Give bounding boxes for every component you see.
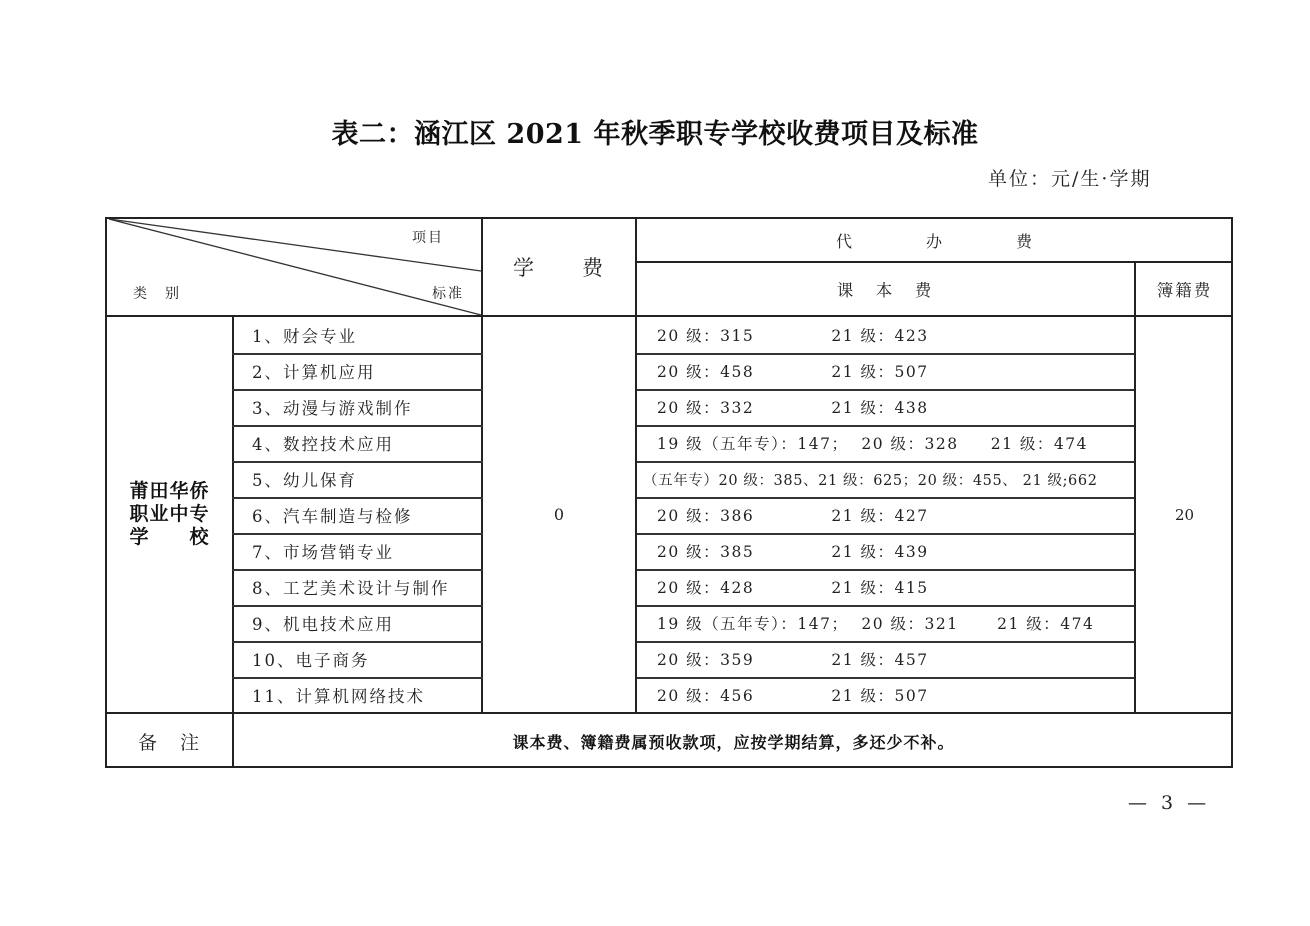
header-category-label: 类 别 — [133, 283, 181, 303]
header-standard-label: 标准 — [432, 283, 464, 303]
textbook-fee-cell: 19 级（五年专）：147； 20 级：321 21 级：474 — [657, 605, 1094, 641]
textbook-fee-cell: 20 级：359 21 级：457 — [657, 641, 929, 677]
school-name-line3: 学 校 — [129, 526, 209, 549]
major-cell: 8、工艺美术设计与制作 — [252, 569, 450, 605]
textbook-fee-cell: （五年专）20 级：385、21 级：625；20 级：455、 21 级;66… — [643, 461, 1098, 497]
major-cell: 1、财会专业 — [252, 317, 357, 353]
major-cell: 9、机电技术应用 — [252, 605, 394, 641]
unit-label: 单位：元/生·学期 — [988, 164, 1151, 191]
header-item-label: 项目 — [412, 227, 444, 247]
page-number: — 3 — — [1128, 792, 1210, 814]
major-cell: 2、计算机应用 — [252, 353, 376, 389]
major-cell: 7、市场营销专业 — [252, 533, 394, 569]
remarks-text: 课本费、簿籍费属预收款项，应按学期结算，多还少不补。 — [234, 714, 1233, 768]
textbook-fee-cell: 20 级：315 21 级：423 — [657, 317, 929, 353]
divider — [232, 315, 234, 768]
header-tuition: 学 费 — [483, 219, 635, 315]
textbook-fee-cell: 20 级：428 21 级：415 — [657, 569, 929, 605]
major-cell: 3、动漫与游戏制作 — [252, 389, 413, 425]
major-cell: 5、幼儿保育 — [252, 461, 357, 497]
major-cell: 11、计算机网络技术 — [252, 677, 425, 712]
textbook-fee-cell: 20 级：458 21 级：507 — [657, 353, 929, 389]
header-textbook-fee: 课 本 费 — [637, 263, 1134, 315]
header-register-fee: 簿籍费 — [1136, 263, 1233, 315]
major-cell: 10、电子商务 — [252, 641, 370, 677]
school-name-line1: 莆田华侨 — [129, 480, 209, 503]
textbook-fee-cell: 20 级：332 21 级：438 — [657, 389, 929, 425]
register-fee-value: 20 — [1136, 317, 1233, 712]
major-cell: 4、数控技术应用 — [252, 425, 394, 461]
textbook-fee-cell: 20 级：386 21 级：427 — [657, 497, 929, 533]
document-title: 表二：涵江区 2021 年秋季职专学校收费项目及标准 — [0, 112, 1310, 151]
textbook-fee-cell: 20 级：456 21 级：507 — [657, 677, 929, 712]
fee-table: 项目 标准 类 别 学 费 代 办 费 课 本 费 簿籍费 莆田华侨 职业中专 … — [105, 217, 1233, 768]
school-name-cell: 莆田华侨 职业中专 学 校 — [107, 317, 232, 712]
school-name-line2: 职业中专 — [129, 503, 209, 526]
major-cell: 6、汽车制造与检修 — [252, 497, 413, 533]
textbook-fee-cell: 20 级：385 21 级：439 — [657, 533, 929, 569]
remarks-label: 备 注 — [107, 714, 232, 768]
header-agency-fee: 代 办 费 — [637, 219, 1233, 261]
textbook-fee-cell: 19 级（五年专）：147； 20 级：328 21 级：474 — [657, 425, 1088, 461]
tuition-value: 0 — [483, 317, 635, 712]
